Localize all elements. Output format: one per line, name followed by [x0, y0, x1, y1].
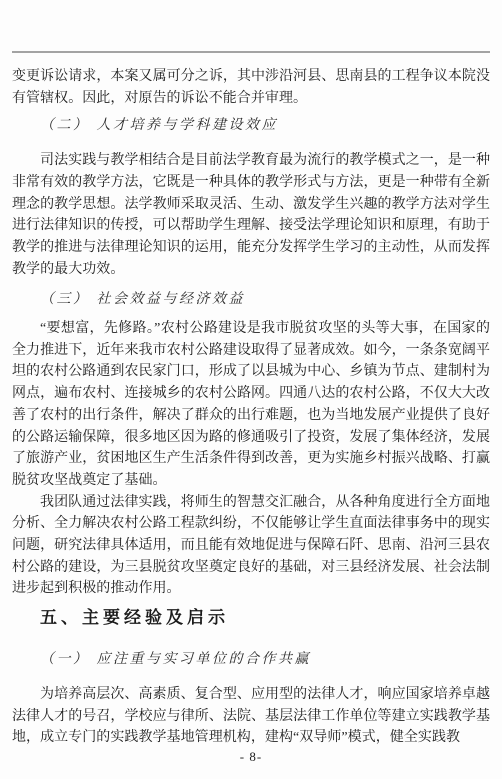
document-page: 变更诉讼请求，本案又属可分之诉，其中涉沿河县、思南县的工程争议本院没有管辖权。因…: [0, 0, 502, 779]
heading-chapter-5-experience: 五、主要经验及启示: [12, 606, 490, 630]
paragraph-carryover: 变更诉讼请求，本案又属可分之诉，其中涉沿河县、思南县的工程争议本院没有管辖权。因…: [12, 66, 490, 109]
paragraph-teaching-model: 司法实践与教学相结合是目前法学教育最为流行的教学模式之一，是一种非常有效的教学方…: [12, 150, 490, 280]
paragraph-team-practice: 我团队通过法律实践，将师生的智慧交汇融合，从各种角度进行全方面地分析、全力解决农…: [12, 492, 490, 601]
heading-section-3-social-economic-benefit: （三） 社会效益与经济效益: [12, 289, 490, 311]
header-divider: [12, 51, 490, 53]
heading-section-5-1-cooperation: （一） 应注重与实习单位的合作共赢: [12, 649, 490, 671]
page-number: - 8-: [12, 749, 490, 764]
paragraph-rural-roads: “要想富，先修路。”农村公路建设是我市脱贫攻坚的头等大事，在国家的全力推进下，近…: [12, 318, 490, 492]
paragraph-talent-training: 为培养高层次、高素质、复合型、应用型的法律人才，响应国家培养卓越法律人才的号召，…: [12, 684, 490, 749]
heading-section-2-talent-cultivation: （二） 人才培养与学科建设效应: [12, 115, 490, 137]
